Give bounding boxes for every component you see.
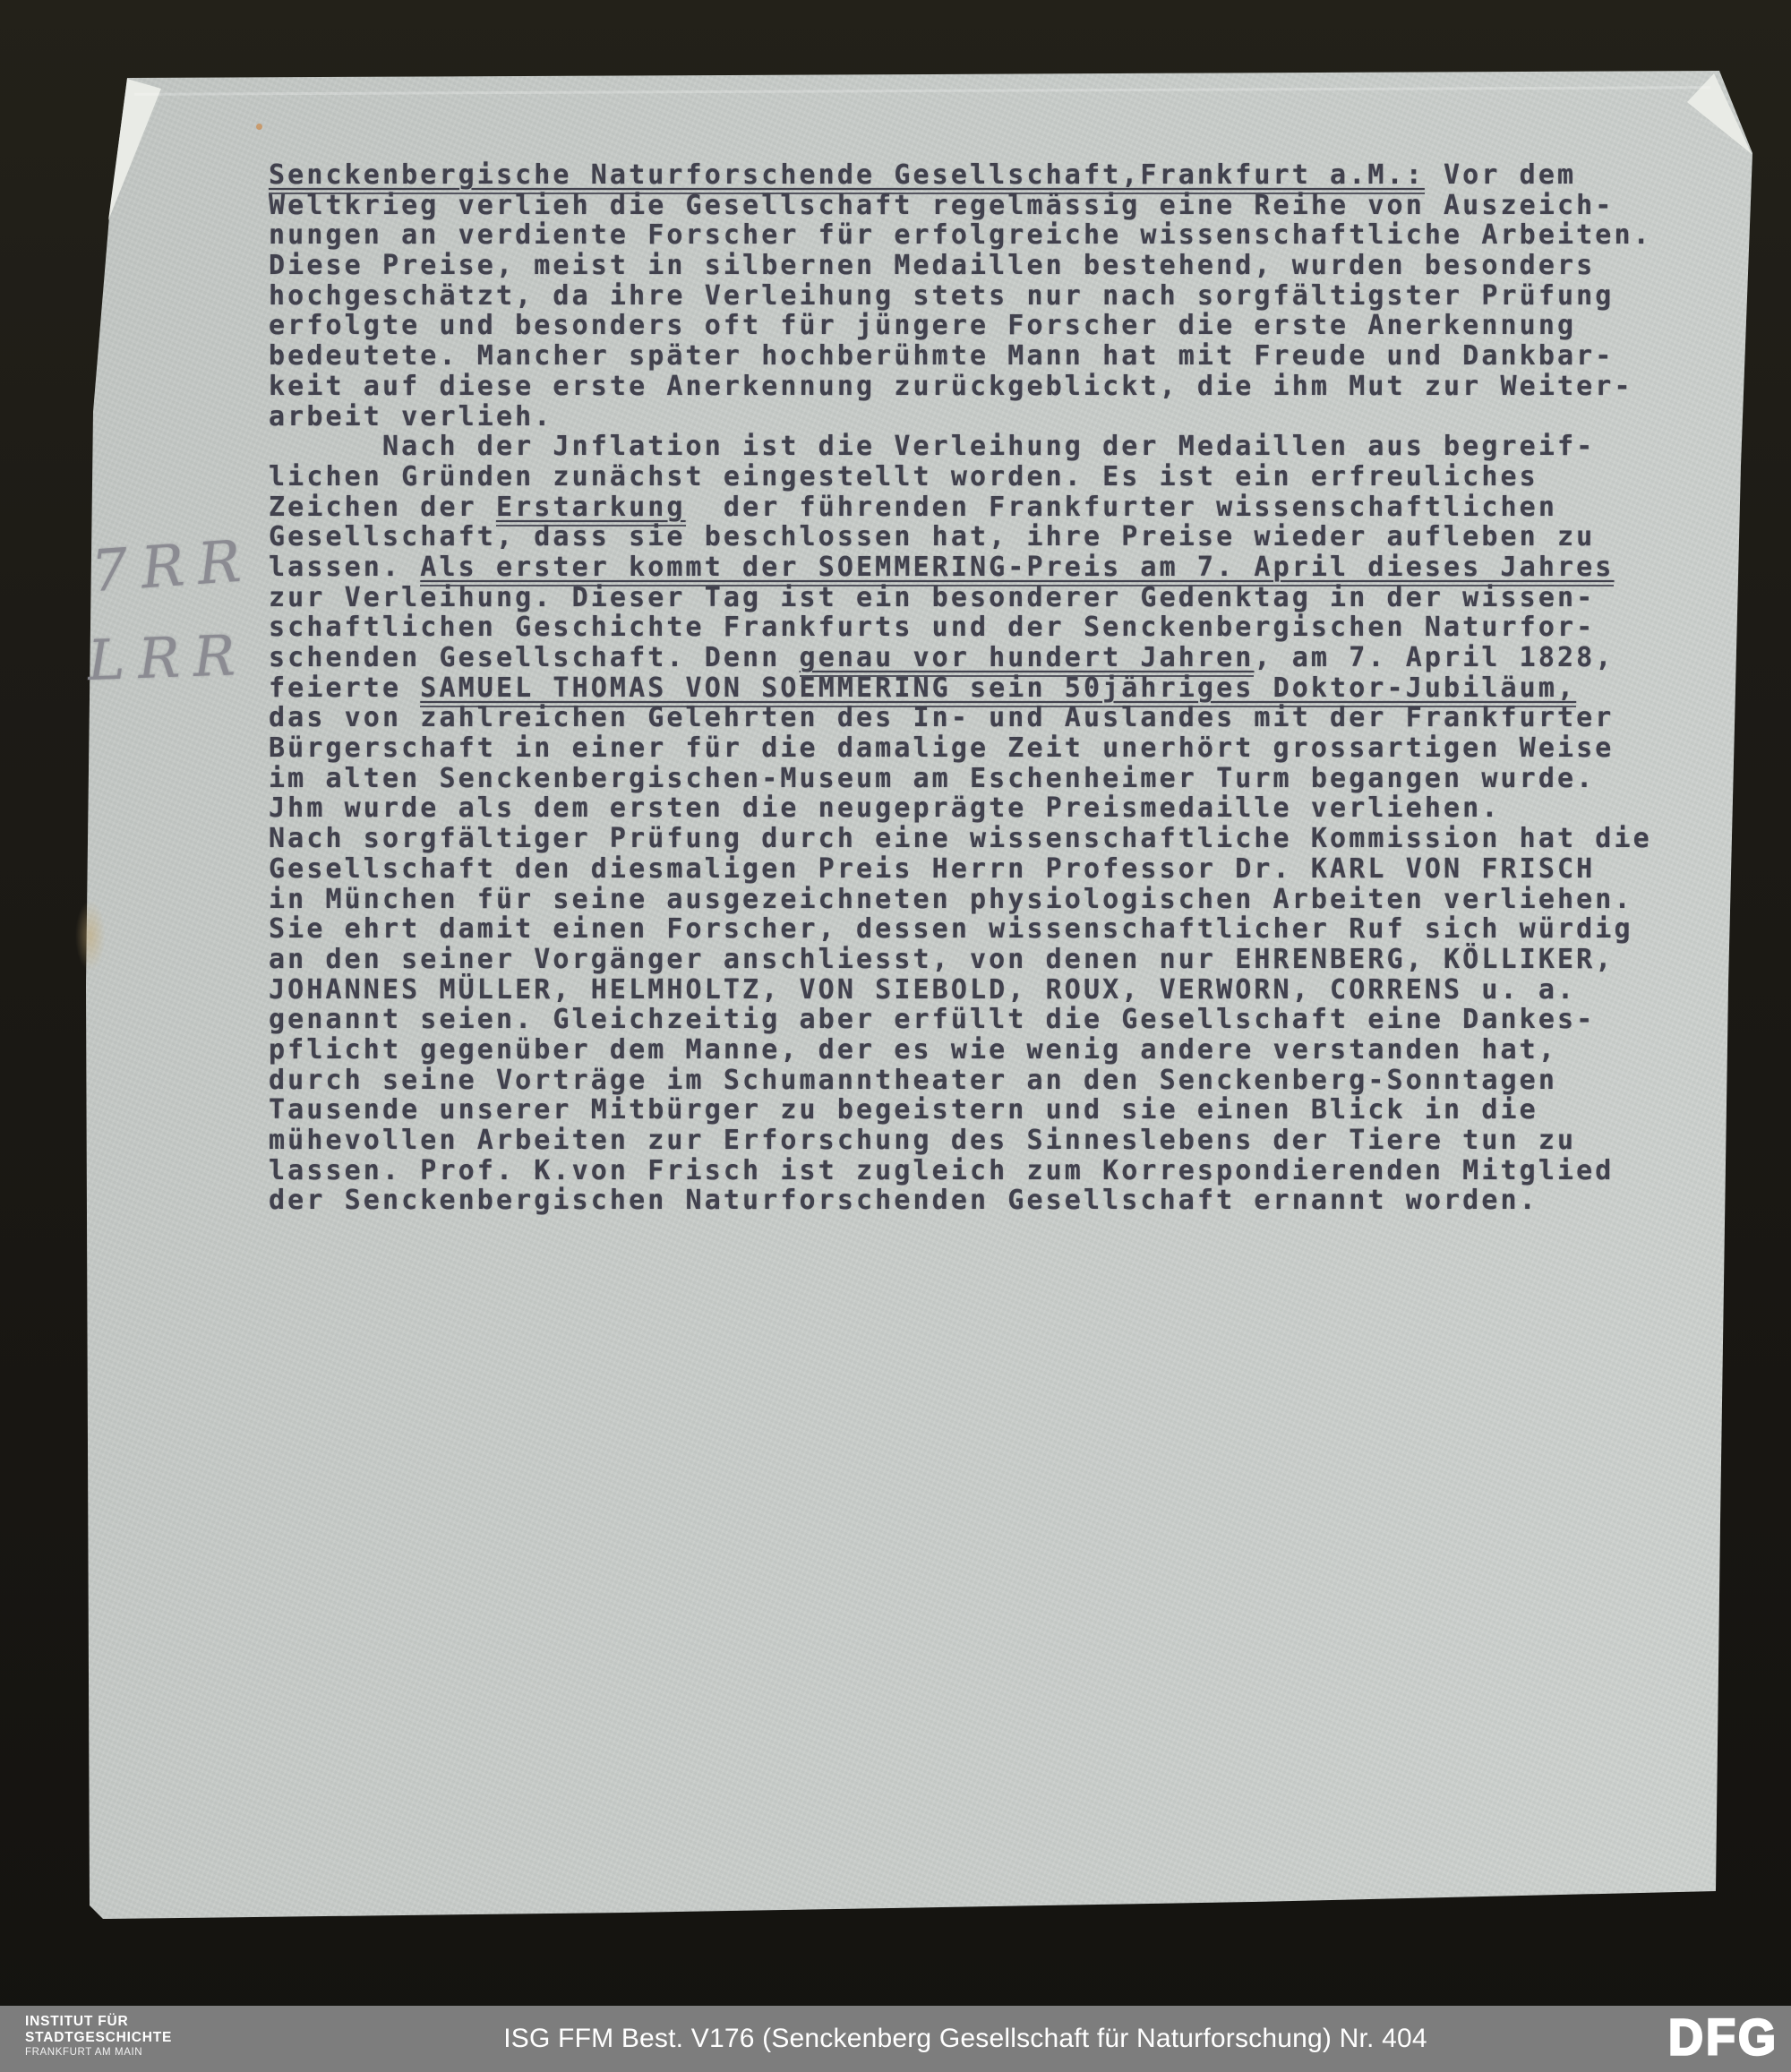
text-line: das von zahlreichen Gelehrten des In- un… [269,703,1684,733]
text-line: Sie ehrt damit einen Forscher, dessen wi… [269,914,1684,945]
typewritten-text: Senckenbergische Naturforschende Gesells… [269,160,1684,1216]
institution-line3: FRANKFURT AM MAIN [25,2046,172,2059]
archive-scan-viewer: { "colors":{ "background":"#1a1815", "pa… [0,0,1791,2072]
institution-line1: INSTITUT FÜR [25,2014,172,2030]
archive-reference: ISG FFM Best. V176 (Senckenberg Gesellsc… [503,2024,1427,2054]
dfg-logo: DFG [1668,2008,1778,2067]
text-line: Tausende unserer Mitbürger zu begeistern… [269,1095,1684,1126]
text-line: Gesellschaft den diesmaligen Preis Herrn… [269,854,1684,885]
text-line: Weltkrieg verlieh die Gesellschaft regel… [269,191,1684,221]
footer-bar: INSTITUT FÜR STADTGESCHICHTE FRANKFURT A… [0,2006,1791,2072]
text-line: lassen. Als erster kommt der SOEMMERING-… [269,552,1684,583]
text-line: Zeichen der Erstarkung der führenden Fra… [269,492,1684,523]
paper-stain [75,900,106,972]
text-line: Nach sorgfältiger Prüfung durch eine wis… [269,824,1684,854]
text-line: erfolgte und besonders oft für jüngere F… [269,311,1684,341]
text-line: Bürgerschaft in einer für die damalige Z… [269,733,1684,764]
text-line: in München für seine ausgezeichneten phy… [269,885,1684,915]
institution-line2: STADTGESCHICHTE [25,2030,172,2046]
text-line: Jhm wurde als dem ersten die neugeprägte… [269,793,1684,824]
handwritten-annotation: LRR [87,622,250,693]
paper-speck [256,124,262,130]
text-line: der Senckenbergischen Naturforschenden G… [269,1186,1684,1216]
text-line: Gesellschaft, dass sie beschlossen hat, … [269,522,1684,552]
handwritten-annotation: 7RR [90,528,257,606]
text-line: arbeit verlieh. [269,402,1684,432]
text-line: JOHANNES MÜLLER, HELMHOLTZ, VON SIEBOLD,… [269,975,1684,1006]
text-line: Diese Preise, meist in silbernen Medaill… [269,251,1684,281]
text-line: schaftlichen Geschichte Frankfurts und d… [269,612,1684,643]
text-line: zur Verleihung. Dieser Tag ist ein beson… [269,583,1684,613]
text-line: durch seine Vorträge im Schumanntheater … [269,1066,1684,1096]
text-line: Nach der Jnflation ist die Verleihung de… [269,432,1684,462]
text-line: schenden Gesellschaft. Denn genau vor hu… [269,643,1684,673]
text-line: genannt seien. Gleichzeitig aber erfüllt… [269,1005,1684,1035]
text-line: pflicht gegenüber dem Manne, der es wie … [269,1035,1684,1066]
text-line: feierte SAMUEL THOMAS VON SOEMMERING sei… [269,673,1684,704]
text-line: nungen an verdiente Forscher für erfolgr… [269,220,1684,251]
text-line: lassen. Prof. K.von Frisch ist zugleich … [269,1156,1684,1186]
text-line: Senckenbergische Naturforschende Gesells… [269,160,1684,191]
text-line: hochgeschätzt, da ihre Verleihung stets … [269,281,1684,312]
text-line: lichen Gründen zunächst eingestellt word… [269,462,1684,492]
text-line: mühevollen Arbeiten zur Erforschung des … [269,1126,1684,1156]
text-line: im alten Senckenbergischen-Museum am Esc… [269,764,1684,794]
text-line: an den seiner Vorgänger anschliesst, von… [269,945,1684,975]
institution-logo-text: INSTITUT FÜR STADTGESCHICHTE FRANKFURT A… [25,2014,172,2059]
text-line: keit auf diese erste Anerkennung zurückg… [269,372,1684,402]
text-line: bedeutete. Mancher später hochberühmte M… [269,341,1684,372]
